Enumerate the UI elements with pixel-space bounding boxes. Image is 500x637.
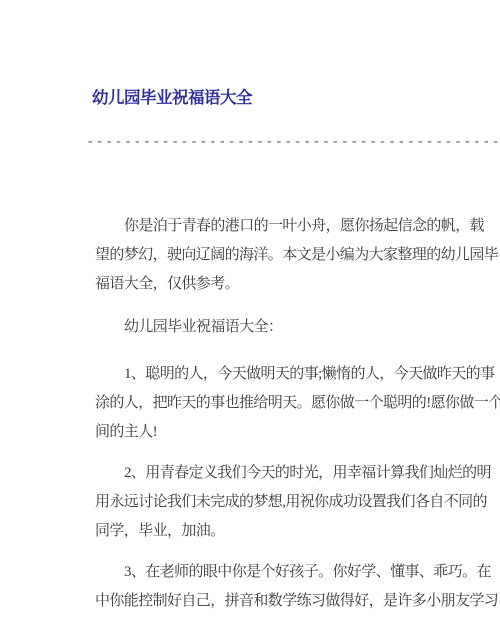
text-line: 同学，毕业，加油。	[95, 517, 500, 546]
paragraph-intro: 你是泊于青春的港口的一叶小舟，愿你扬起信念的帆，载 望的梦幻，驶向辽阔的海洋。本…	[95, 212, 500, 299]
paragraph-item-2: 2、用青春定义我们今天的时光，用幸福计算我们灿烂的明 用永远讨论我们未完成的梦想…	[95, 459, 500, 546]
text-line: 幼儿园毕业祝福语大全：	[95, 313, 500, 342]
paragraph-item-1: 1、聪明的人，今天做明天的事;懒惰的人，今天做昨天的事 涂的人，把昨天的事也推给…	[95, 360, 500, 447]
document-body: 你是泊于青春的港口的一叶小舟，愿你扬起信念的帆，载 望的梦幻，驶向辽阔的海洋。本…	[95, 212, 500, 616]
text-line: 福语大全，仅供参考。	[95, 270, 500, 299]
text-line: 1、聪明的人，今天做明天的事;懒惰的人，今天做昨天的事	[95, 360, 500, 389]
paragraph-item-3: 3、在老师的眼中你是个好孩子。你好学、懂事、乖巧。在 中你能控制好自己，拼音和数…	[95, 558, 500, 616]
text-line: 你是泊于青春的港口的一叶小舟，愿你扬起信念的帆，载	[95, 212, 500, 241]
text-line: 望的梦幻，驶向辽阔的海洋。本文是小编为大家整理的幼儿园毕	[95, 241, 500, 270]
text-line: 间的主人!	[95, 418, 500, 447]
dashed-separator: ----------------------------------------…	[86, 134, 500, 150]
text-line: 2、用青春定义我们今天的时光，用幸福计算我们灿烂的明	[95, 459, 500, 488]
text-line: 用永远讨论我们未完成的梦想,用祝你成功设置我们各自不同的	[95, 488, 500, 517]
text-line: 3、在老师的眼中你是个好孩子。你好学、懂事、乖巧。在	[95, 558, 500, 587]
paragraph-heading: 幼儿园毕业祝福语大全：	[95, 313, 500, 342]
document-title: 幼儿园毕业祝福语大全	[92, 84, 252, 108]
document-page: 幼儿园毕业祝福语大全 -----------------------------…	[0, 0, 500, 637]
text-line: 中你能控制好自己，拼音和数学练习做得好，是许多小朋友学习	[95, 587, 500, 616]
text-line: 涂的人，把昨天的事也推给明天。愿你做一个聪明的!愿你做一个	[95, 389, 500, 418]
